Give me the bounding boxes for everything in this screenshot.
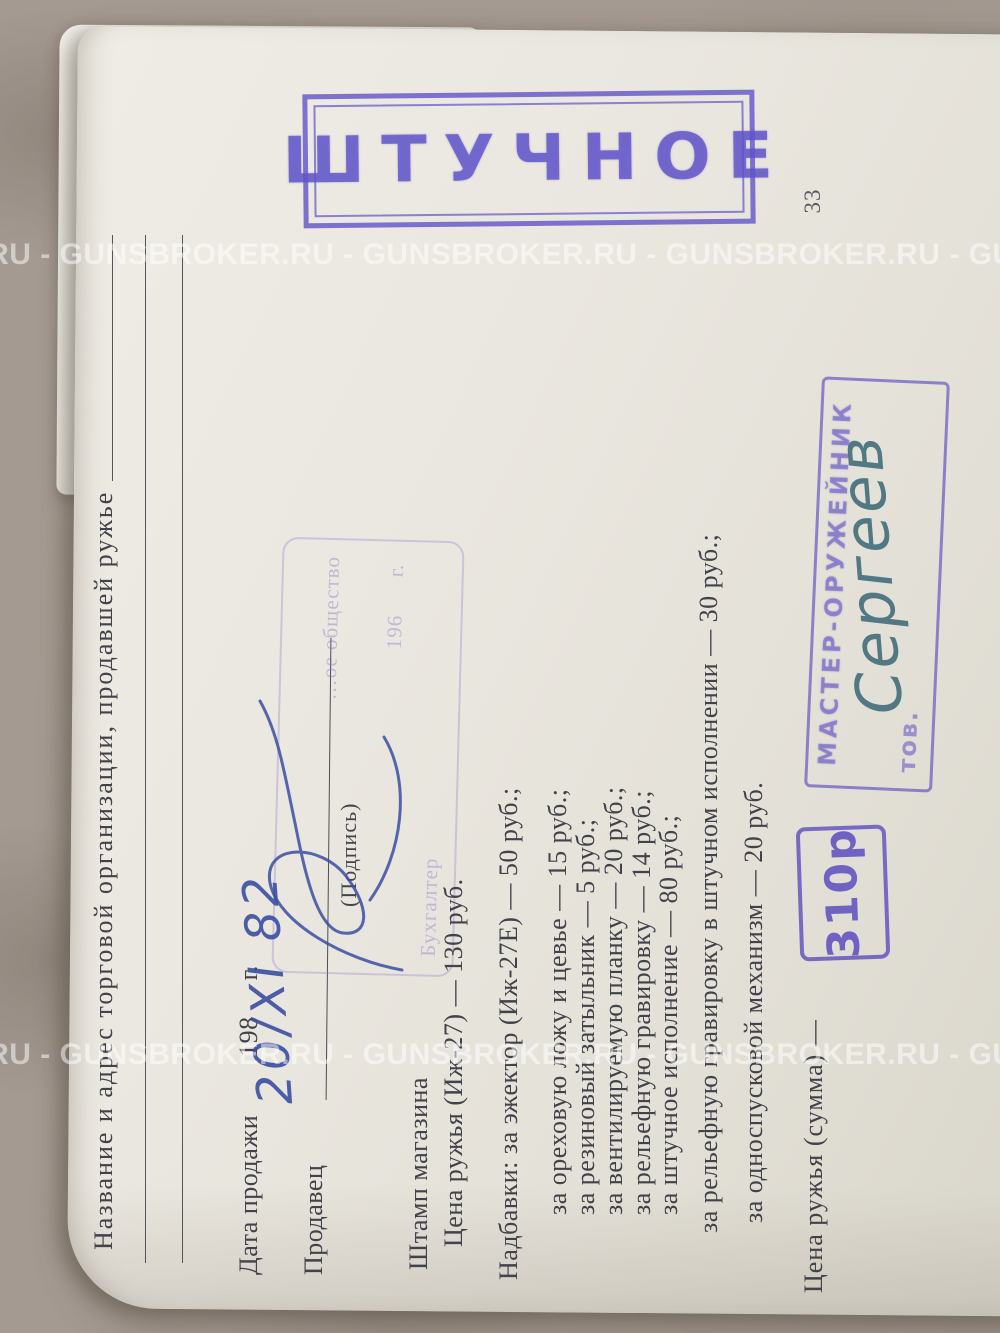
- surcharge-intro-line: Надбавки: за эжектор (Иж-27Е) — 50 руб.;: [494, 235, 524, 1280]
- sale-date-label: Дата продажи: [234, 1115, 263, 1275]
- shtuchnoe-stamp-text: ШТУЧНОЕ: [268, 119, 790, 198]
- surcharge-line: за рельефную гравировку в штучном исполн…: [694, 235, 724, 1233]
- master-stamp: МАСТЕР-ОРУЖЕЙНИК тов. Сергеев: [804, 376, 950, 792]
- surcharge-line: за односпусковой механизм — 20 руб.: [739, 235, 769, 1223]
- watermark-row-bottom: GUNSBROKER.RU - GUNSBROKER.RU - GUNSBROK…: [0, 1038, 1000, 1072]
- seller-label: Продавец: [299, 1165, 328, 1275]
- document-photo: Название и адрес торговой организации, п…: [0, 0, 1000, 1333]
- shtuchnoe-stamp-inner-border: ШТУЧНОЕ: [313, 101, 744, 217]
- master-stamp-tov: тов.: [894, 709, 924, 773]
- org-address-row: Название и адрес торговой организации, п…: [89, 235, 119, 1250]
- org-address-label: Название и адрес торговой организации, п…: [89, 491, 119, 1250]
- shop-stamp-label: Штамп магазина: [404, 235, 434, 1270]
- page-number: 33: [790, 178, 836, 224]
- blank-line-1: [145, 235, 146, 1263]
- shtuchnoe-stamp: ШТУЧНОЕ: [302, 90, 755, 229]
- price-stamp: 310р: [796, 824, 891, 961]
- document-content: Название и адрес торговой организации, п…: [85, 235, 945, 1305]
- store-stamp-fragment-top: …ое общество: [316, 556, 344, 701]
- base-price-line: Цена ружья (Иж-27) — 130 руб.: [439, 235, 469, 1247]
- blank-line-2: [182, 235, 183, 1263]
- watermark-row-top: GUNSBROKER.RU - GUNSBROKER.RU - GUNSBROK…: [0, 238, 1000, 272]
